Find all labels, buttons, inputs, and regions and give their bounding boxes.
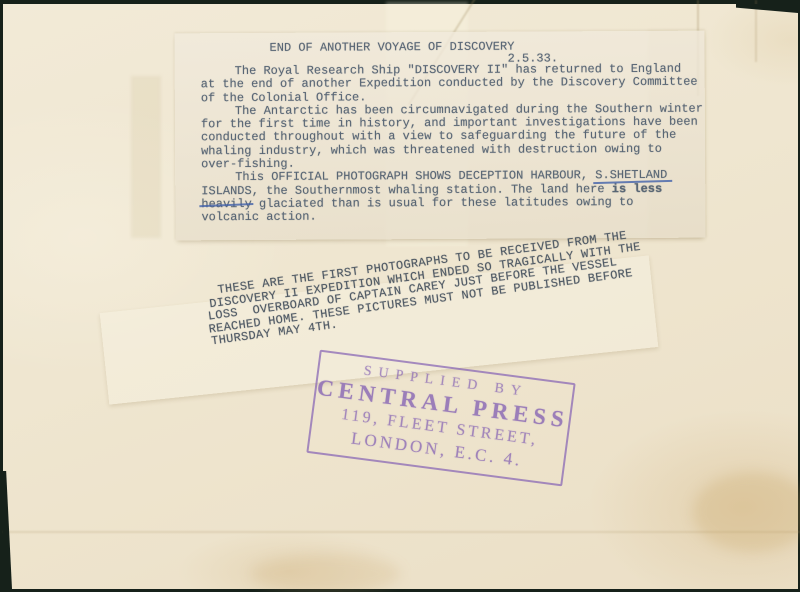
pen-struck-text: heavily: [201, 197, 251, 211]
caption-title: END OF ANOTHER VOYAGE OF DISCOVERY: [270, 41, 515, 56]
pen-underlined-text: S.SHETLAND: [595, 168, 667, 182]
scan-edge-shadow: [736, 4, 798, 13]
photo-back-scan: END OF ANOTHER VOYAGE OF DISCOVERY 2.5.3…: [0, 0, 800, 592]
tape-mark: [131, 76, 161, 238]
typed-text: at the end of another Expedition conduct…: [201, 75, 698, 92]
scan-edge-shadow: [3, 471, 12, 589]
caption-line: volcanic action.: [201, 209, 703, 225]
caption-text-block: The Royal Research Ship "DISCOVERY II" h…: [201, 63, 704, 225]
photo-paper: END OF ANOTHER VOYAGE OF DISCOVERY 2.5.3…: [3, 4, 798, 589]
crease-line: [3, 531, 800, 533]
typed-text: volcanic action.: [201, 210, 316, 225]
central-press-rubber-stamp: SUPPLIED BY CENTRAL PRESS 119, FLEET STR…: [306, 350, 575, 487]
typed-text: is less: [612, 182, 662, 196]
typed-text: glaciated than is usual for these latitu…: [252, 195, 634, 211]
typed-caption-slip: END OF ANOTHER VOYAGE OF DISCOVERY 2.5.3…: [174, 31, 705, 241]
paper-stain: [693, 472, 800, 552]
paper-stain: [251, 554, 401, 592]
typed-text: whaling industry, which was threatened w…: [201, 142, 662, 158]
